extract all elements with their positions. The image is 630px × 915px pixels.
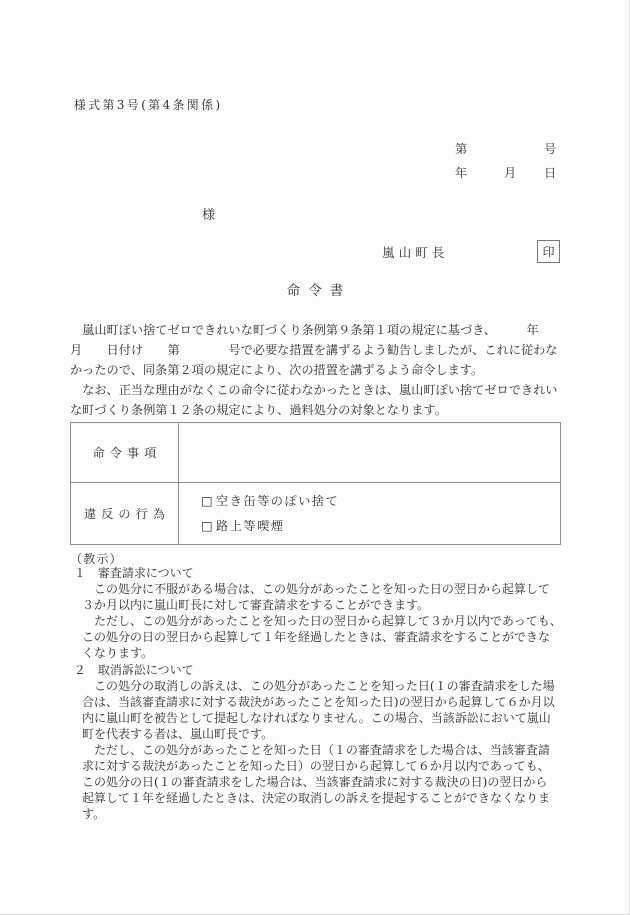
instructions-line: 内に嵐山町を被告として提起しなければなりません。この場合、当該訴訟において嵐山	[70, 710, 575, 726]
violation-option-label: 空き缶等のぽい捨て	[216, 494, 339, 508]
table-row: 命令事項	[71, 423, 560, 483]
instructions-line: この処分の日の翌日から起算して１年を経過したときは、審査請求をすることができな	[70, 629, 575, 645]
checkbox-empty-icon: □	[201, 494, 214, 508]
instructions-line: ２ 取消訴訟について	[70, 662, 575, 678]
violation-cell: □空き缶等のぽい捨て □路上等喫煙	[179, 483, 560, 544]
instructions-text: １ 審査請求について この処分に不服がある場合は、この処分があったことを知った日…	[70, 565, 575, 823]
instructions-line: この処分の日(１の審査請求をした場合は、当該審査請求に対する裁決の日)の翌日から	[70, 774, 575, 790]
instructions-line: ただし、この処分があったことを知った日の翌日から起算して３か月以内であっても、	[70, 613, 575, 629]
violation-option-littering: □空き缶等のぽい捨て	[201, 489, 560, 514]
document-title: 命令書	[0, 279, 630, 299]
order-document-page: 様式第3号(第4条関係) 第 号 年 月 日 様 嵐山町長 印 命令書 嵐山町ぽ…	[0, 0, 630, 915]
order-items-header: 命令事項	[71, 423, 179, 482]
body-line: なお、正当な理由がなくこの命令に従わなかったときは、嵐山町ぽい捨てゼロできれい	[70, 380, 570, 400]
date-month-label: 月	[504, 164, 516, 181]
violation-option-smoking: □路上等喫煙	[201, 514, 560, 539]
violation-option-label: 路上等喫煙	[216, 519, 284, 533]
instructions-line: くなります。	[70, 645, 575, 661]
seal-character: 印	[542, 243, 554, 260]
issuer-name: 嵐山町長	[382, 242, 448, 261]
body-paragraph: 嵐山町ぽい捨てゼロできれいな町づくり条例第９条第１項の規定に基づき、 年 月 日…	[70, 320, 570, 420]
body-line: 嵐山町ぽい捨てゼロできれいな町づくり条例第９条第１項の規定に基づき、 年	[70, 320, 570, 340]
form-number-label: 様式第3号(第4条関係)	[74, 96, 223, 113]
document-number-prefix: 第	[455, 140, 467, 157]
body-line: 月 日付け 第 号で必要な措置を講ずるよう勧告しましたが、これに従わな	[70, 340, 570, 360]
document-number-suffix: 号	[544, 140, 556, 157]
body-line: かったので、同条第２項の規定により、次の措置を講ずるよう命令します。	[70, 360, 570, 380]
seal-mark-icon: 印	[537, 240, 560, 263]
instructions-line: ３か月以内に嵐山町長に対して審査請求をすることができます。	[70, 597, 575, 613]
violation-header: 違反の行為	[71, 483, 179, 544]
instructions-line: この処分に不服がある場合は、この処分があったことを知った日の翌日から起算して	[70, 581, 575, 597]
instructions-line: １ 審査請求について	[70, 565, 575, 581]
instructions-line: 起算して１年を経過したときは、決定の取消しの訴えを提起することができなくなりま	[70, 790, 575, 806]
instructions-line: 町を代表する者は、嵐山町長です。	[70, 726, 575, 742]
table-row: 違反の行為 □空き缶等のぽい捨て □路上等喫煙	[71, 483, 560, 544]
instructions-line: す。	[70, 806, 575, 822]
order-items-cell	[179, 423, 560, 482]
date-year-label: 年	[455, 164, 467, 181]
body-line: な町づくり条例第１２条の規定により、過料処分の対象となります。	[70, 400, 570, 420]
addressee-honorific: 様	[202, 204, 215, 223]
instructions-line: ただし、この処分があったことを知った日（１の審査請求をした場合は、当該審査請	[70, 742, 575, 758]
order-table: 命令事項 違反の行為 □空き缶等のぽい捨て □路上等喫煙	[70, 422, 561, 545]
date-day-label: 日	[544, 164, 556, 181]
checkbox-empty-icon: □	[201, 519, 214, 533]
instructions-line: 合は、当該審査請求に対する裁決があったことを知った日)の翌日から起算して６か月以	[70, 694, 575, 710]
instructions-line: この処分の取消しの訴えは、この処分があったことを知った日(１の審査請求をした場	[70, 678, 575, 694]
instructions-line: 求に対する裁決があったことを知った日）の翌日から起算して６か月以内であっても、	[70, 758, 575, 774]
